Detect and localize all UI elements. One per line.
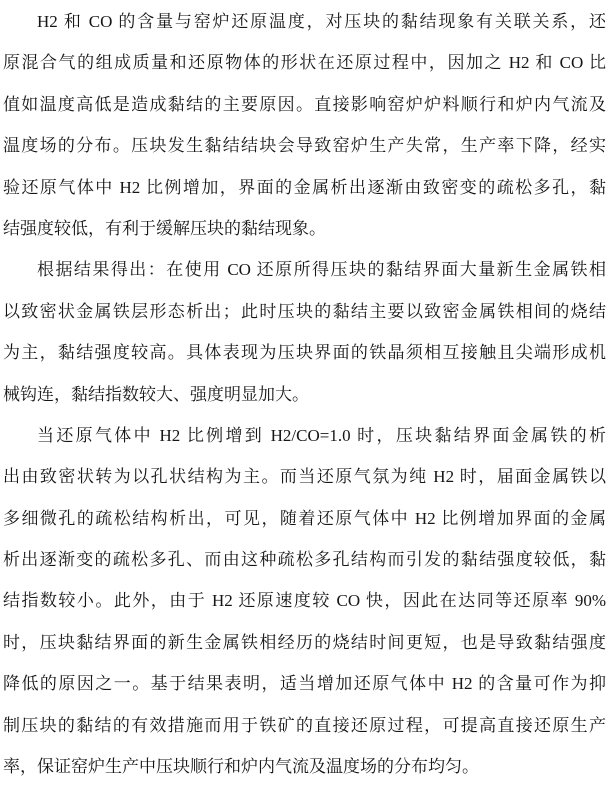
text-line: 制压块的黏结的有效措施而用于铁矿的直接还原过程，可提高直接还原生产: [3, 705, 606, 746]
text-line: 温度场的分布。压块发生黏结结块会导致窑炉生产失常，生产率下降，经实: [3, 125, 606, 166]
paragraph: H2 和 CO 的含量与窑炉还原温度，对压块的黏结现象有关联关系，还原混合气的组…: [3, 1, 606, 249]
text-line: 析出逐渐变的疏松多孔、而由这种疏松多孔结构而引发的黏结强度较低，黏: [3, 539, 606, 580]
text-line: 以致密状金属铁层形态析出；此时压块的黏结主要以致密金属铁相间的烧结: [3, 291, 606, 332]
document-page: H2 和 CO 的含量与窑炉还原温度，对压块的黏结现象有关联关系，还原混合气的组…: [0, 0, 609, 790]
text-line: 验还原气体中 H2 比例增加，界面的金属析出逐渐由致密变的疏松多孔，黏: [3, 167, 606, 208]
text-line: 出由致密状转为以孔状结构为主。而当还原气氛为纯 H2 时，届面金属铁以: [3, 456, 606, 497]
text-line: 结指数较小。此外，由于 H2 还原速度较 CO 快，因此在达同等还原率 90%: [3, 580, 606, 621]
text-line: 械钩连，黏结指数较大、强度明显加大。: [3, 374, 606, 415]
text-line: 多细微孔的疏松结构析出，可见，随着还原气体中 H2 比例增加界面的金属: [3, 498, 606, 539]
text-line: 为主，黏结强度较高。具体表现为压块界面的铁晶须相互接触且尖端形成机: [3, 332, 606, 373]
text-line: 率，保证窑炉生产中压块顺行和炉内气流及温度场的分布均匀。: [3, 746, 606, 787]
text-line: 根据结果得出：在使用 CO 还原所得压块的黏结界面大量新生金属铁相: [3, 249, 606, 290]
paragraph: 根据结果得出：在使用 CO 还原所得压块的黏结界面大量新生金属铁相以致密状金属铁…: [3, 249, 606, 415]
text-line: 结强度较低，有利于缓解压块的黏结现象。: [3, 208, 606, 249]
text-line: 时，压块黏结界面的新生金属铁相经历的烧结时间更短，也是导致黏结强度: [3, 622, 606, 663]
text-line: 值如温度高低是造成黏结的主要原因。直接影响窑炉炉料顺行和炉内气流及: [3, 84, 606, 125]
text-line: H2 和 CO 的含量与窑炉还原温度，对压块的黏结现象有关联关系，还: [3, 1, 606, 42]
text-line: 降低的原因之一。基于结果表明，适当增加还原气体中 H2 的含量可作为抑: [3, 663, 606, 704]
paragraph: 当还原气体中 H2 比例增到 H2/CO=1.0 时，压块黏结界面金属铁的析出由…: [3, 415, 606, 788]
text-line: 原混合气的组成质量和还原物体的形状在还原过程中，因加之 H2 和 CO 比: [3, 42, 606, 83]
text-line: 当还原气体中 H2 比例增到 H2/CO=1.0 时，压块黏结界面金属铁的析: [3, 415, 606, 456]
